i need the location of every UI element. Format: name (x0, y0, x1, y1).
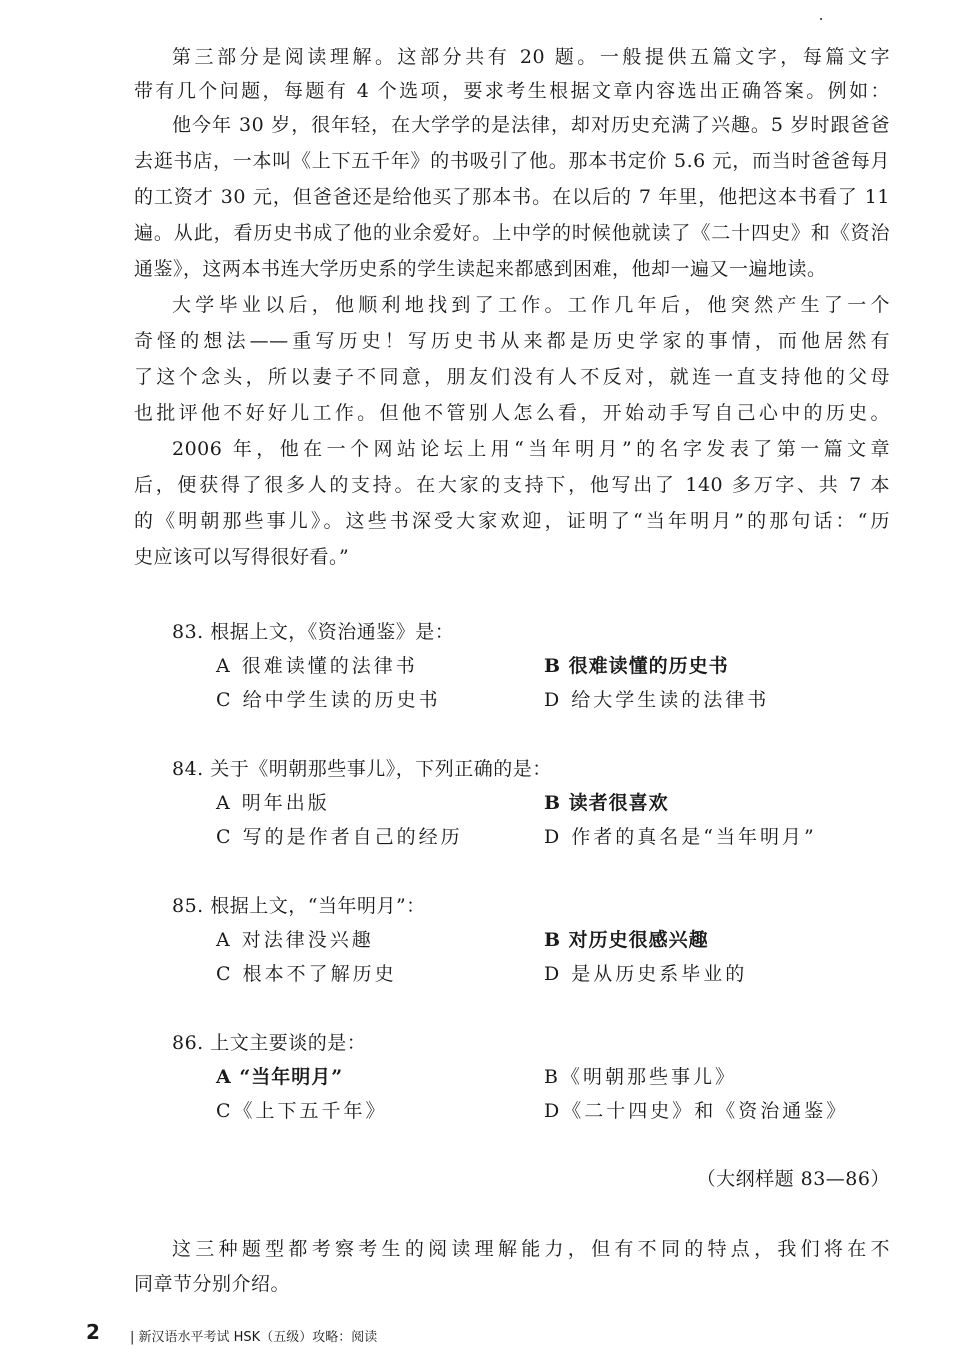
question-85-option-b-answer: B 对历史很感兴趣 (544, 925, 709, 952)
question-83-option-a: A 很难读懂的法律书 (216, 651, 418, 678)
passage-p3-line-3: 的《明朝那些事儿》。这些书深受大家欢迎，证明了“当年明月”的那句话：“历 (134, 506, 890, 533)
passage-p3-line-2: 后，便获得了很多人的支持。在大家的支持下，他写出了 140 多万字、共 7 本 (134, 470, 890, 497)
question-85-option-a: A 对法律没兴趣 (216, 925, 374, 952)
question-83-stem: 83. 根据上文，《资治通鉴》是： (172, 617, 454, 644)
source-note: （大纲样题 83—86） (697, 1164, 890, 1191)
question-84-option-a: A 明年出版 (216, 788, 330, 815)
passage-p2-line-4: 也批评他不好好儿工作。但他不管别人怎么看，开始动手写自己心中的历史。 (134, 398, 890, 425)
running-footer-title: | 新汉语水平考试 HSK（五级）攻略：阅读 (130, 1326, 377, 1345)
question-86-option-b: B《明朝那些事儿》 (544, 1062, 737, 1089)
passage-p3-line-1: 2006 年，他在一个网站论坛上用“当年明月”的名字发表了第一篇文章 (172, 434, 890, 461)
passage-p1-line-1: 他今年 30 岁，很年轻，在大学学的是法律，却对历史充满了兴趣。5 岁时跟爸爸 (172, 110, 890, 137)
closing-line-2: 同章节分别介绍。 (134, 1269, 290, 1296)
question-84-option-b-answer: B 读者很喜欢 (544, 788, 669, 815)
question-86-option-c: C《上下五千年》 (216, 1096, 388, 1123)
question-86-option-d: D《二十四史》和《资治通鉴》 (544, 1096, 848, 1123)
passage-p1-line-5: 通鉴》，这两本书连大学历史系的学生读起来都感到困难，他却一遍又一遍地读。 (134, 254, 827, 281)
passage-p2-line-3: 了这个念头，所以妻子不同意，朋友们没有人不反对，就连一直支持他的父母 (134, 362, 890, 389)
passage-p1-line-2: 去逛书店，一本叫《上下五千年》的书吸引了他。那本书定价 5.6 元，而当时爸爸每… (134, 146, 890, 173)
scan-speck (820, 18, 822, 20)
question-84-stem: 84. 关于《明朝那些事儿》，下列正确的是： (172, 754, 552, 781)
passage-p2-line-1: 大学毕业以后，他顺利地找到了工作。工作几年后，他突然产生了一个 (172, 290, 890, 317)
passage-p2-line-2: 奇怪的想法——重写历史！写历史书从来都是历史学家的事情，而他居然有 (134, 326, 890, 353)
passage-p3-line-4: 史应该可以写得很好看。” (134, 542, 349, 569)
question-83-option-c: C 给中学生读的历史书 (216, 685, 441, 712)
passage-p1-line-4: 遍。从此，看历史书成了他的业余爱好。上中学的时候他就读了《二十四史》和《资治 (134, 218, 890, 245)
passage-p1-line-3: 的工资才 30 元，但爸爸还是给他买了那本书。在以后的 7 年里，他把这本书看了… (134, 182, 890, 209)
page-number: 2 (86, 1320, 100, 1344)
question-83-option-b-answer: B 很难读懂的历史书 (544, 651, 729, 678)
question-86-stem: 86. 上文主要谈的是： (172, 1028, 366, 1055)
question-86-option-a-answer: A “当年明月” (216, 1062, 343, 1089)
closing-line-1: 这三种题型都考察考生的阅读理解能力，但有不同的特点，我们将在不 (172, 1234, 890, 1261)
intro-line-2: 带有几个问题，每题有 4 个选项，要求考生根据文章内容选出正确答案。例如： (134, 76, 890, 103)
question-85-stem: 85. 根据上文，“当年明月”： (172, 891, 426, 918)
question-84-option-d: D 作者的真名是“当年明月” (544, 822, 817, 849)
question-85-option-c: C 根本不了解历史 (216, 959, 397, 986)
question-84-option-c: C 写的是作者自己的经历 (216, 822, 463, 849)
question-83-option-d: D 给大学生读的法律书 (544, 685, 769, 712)
question-85-option-d: D 是从历史系毕业的 (544, 959, 747, 986)
intro-line-1: 第三部分是阅读理解。这部分共有 20 题。一般提供五篇文字，每篇文字 (172, 42, 890, 69)
